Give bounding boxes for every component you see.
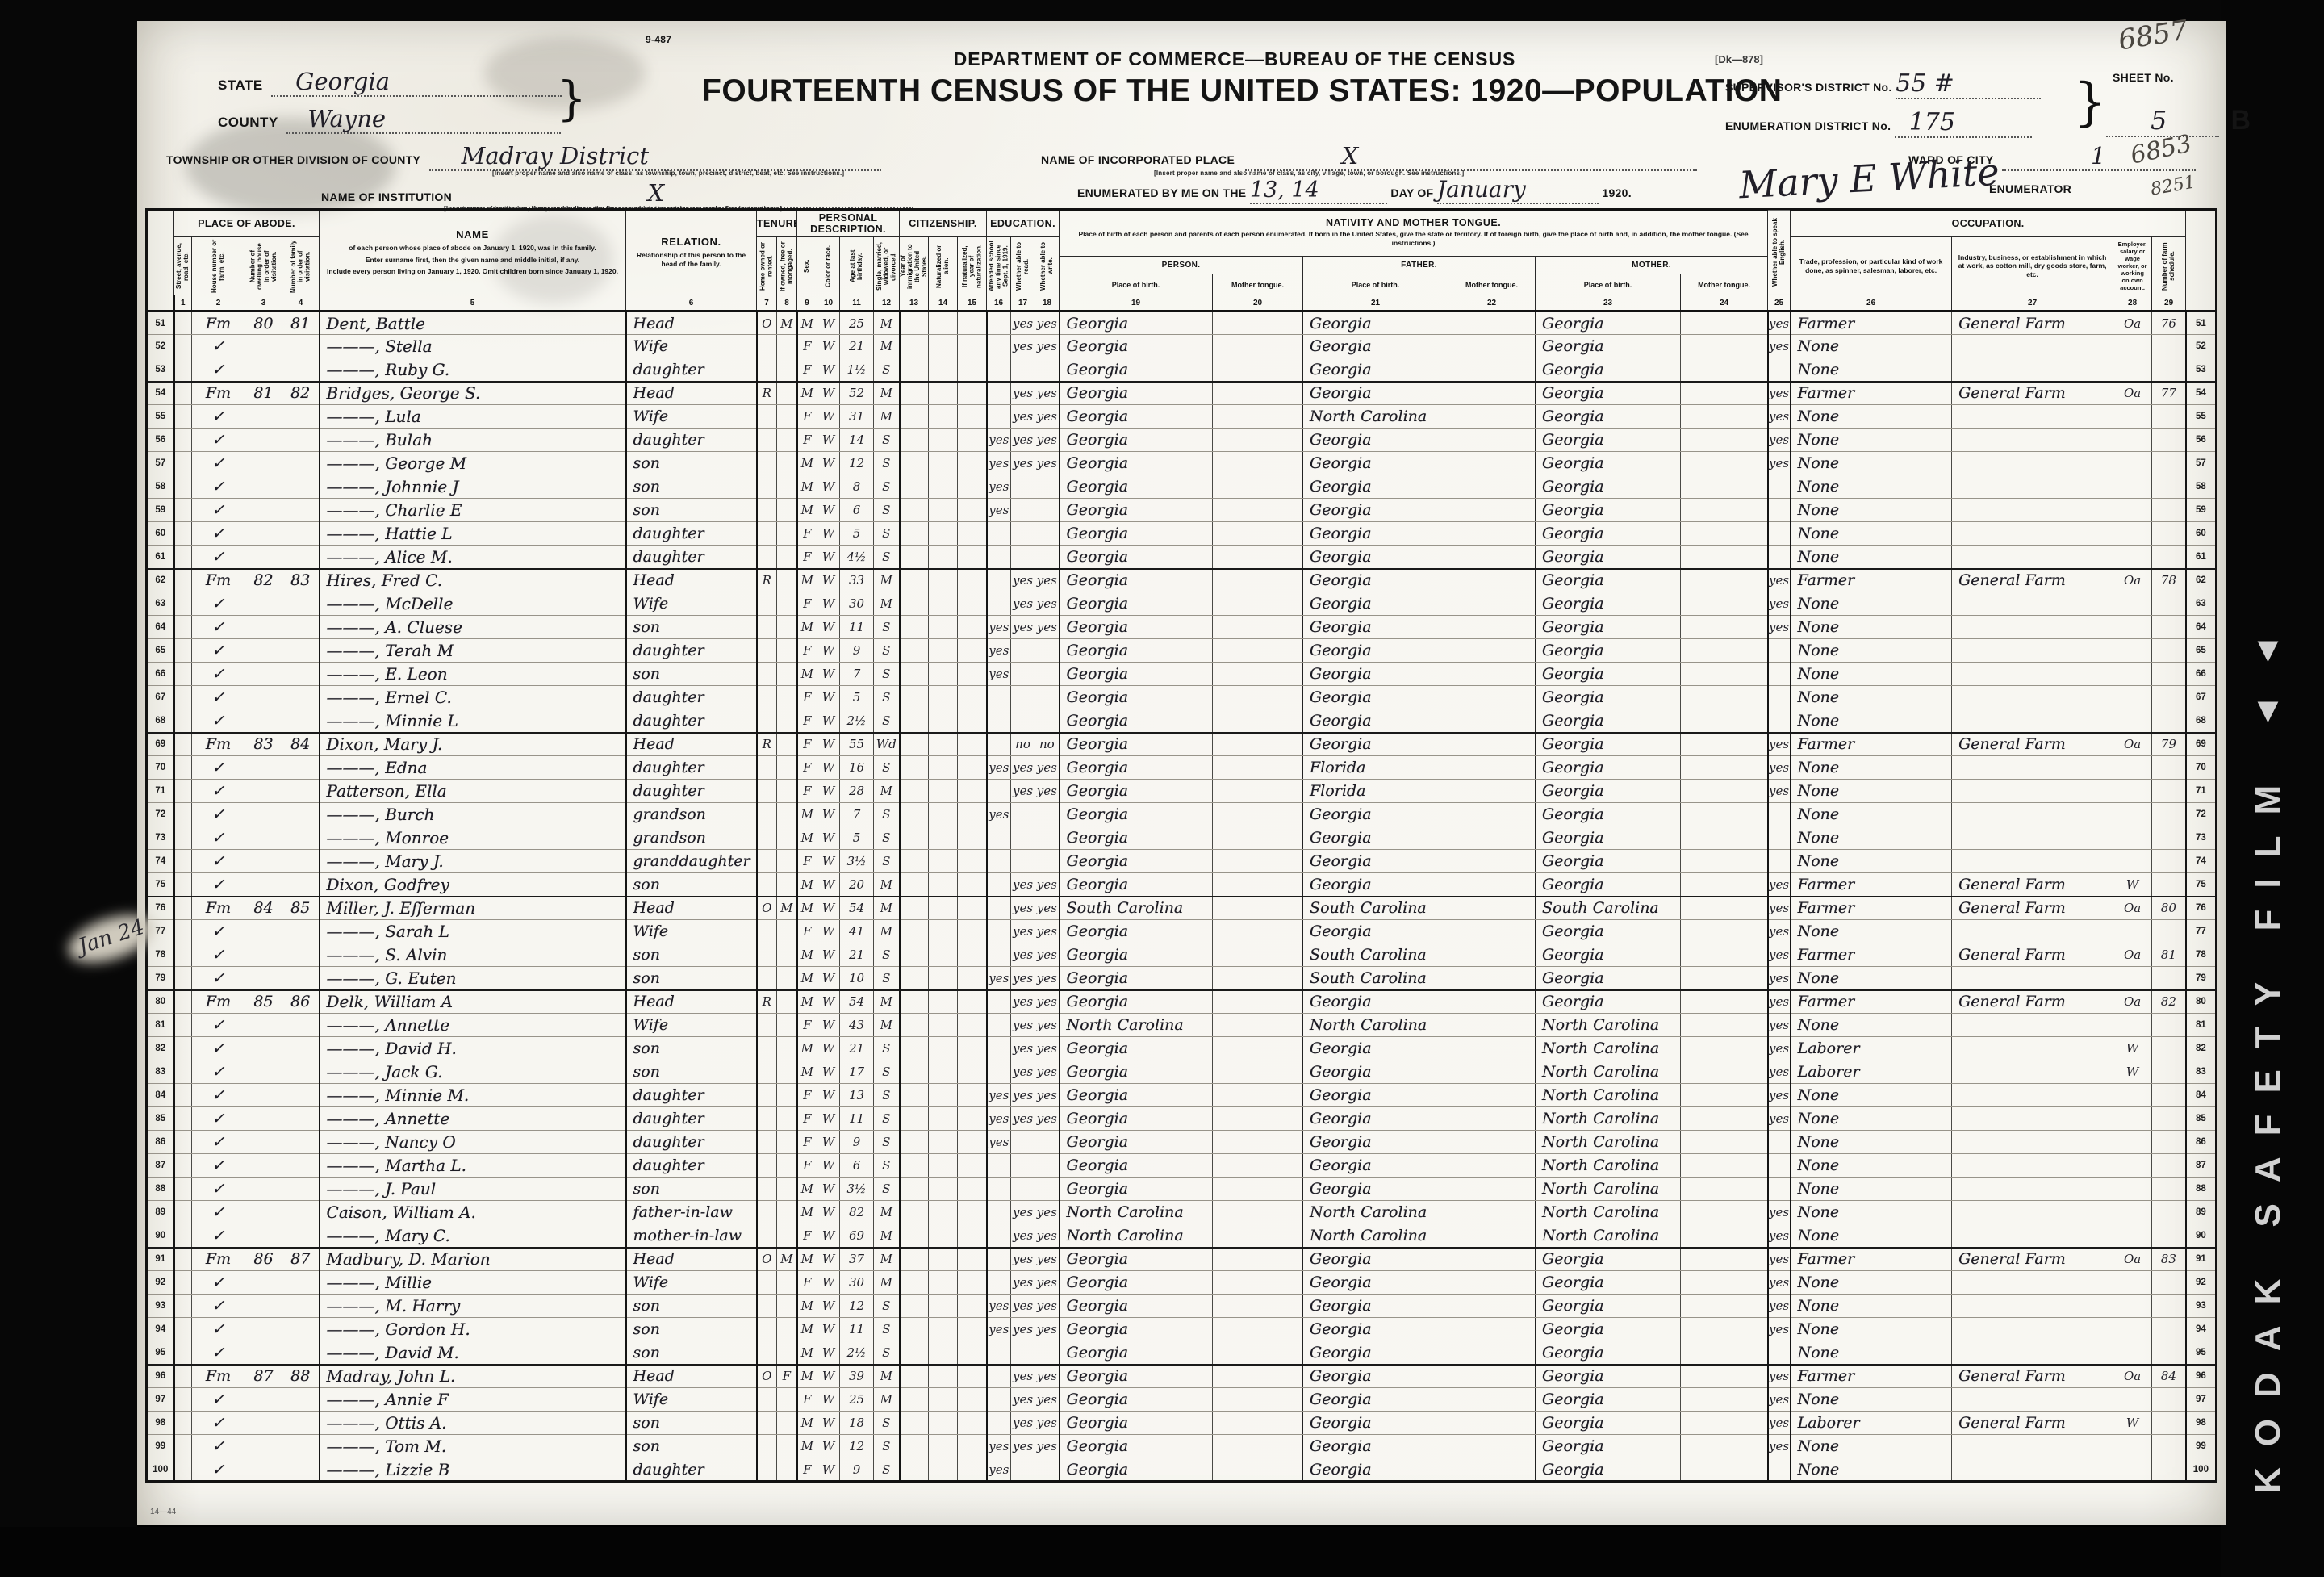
cell: None <box>1791 663 1952 686</box>
cell <box>757 709 777 733</box>
cell: Oa <box>2113 897 2152 920</box>
line-number: 73 <box>2186 826 2217 850</box>
cell: 80 <box>2152 897 2186 920</box>
cell <box>987 990 1011 1014</box>
cell <box>1213 709 1303 733</box>
cell <box>1448 1178 1536 1201</box>
group-citizenship: CITIZENSHIP. <box>900 210 987 237</box>
cell: W <box>817 1154 840 1178</box>
cell: Wife <box>626 405 757 429</box>
line-number: 93 <box>2186 1295 2217 1318</box>
line-number: 86 <box>2186 1131 2217 1154</box>
subgroup-father: FATHER. <box>1303 257 1536 274</box>
cell: F <box>797 1458 817 1482</box>
cell: Georgia <box>1060 1271 1213 1295</box>
cell: 82 <box>245 569 282 592</box>
cell <box>245 522 282 546</box>
cell <box>757 920 777 943</box>
cell <box>958 312 987 335</box>
cell: Georgia <box>1303 1107 1448 1131</box>
cell <box>1011 709 1035 733</box>
cell <box>958 1178 987 1201</box>
cell: S <box>874 663 900 686</box>
cell: S <box>874 1154 900 1178</box>
cell: North Carolina <box>1536 1037 1681 1060</box>
cell <box>1681 1388 1768 1412</box>
cell: Farmer <box>1791 1365 1952 1388</box>
line-number: 63 <box>2186 592 2217 616</box>
cell: Georgia <box>1536 1271 1681 1295</box>
cell <box>174 1154 192 1178</box>
cell: General Farm <box>1952 990 2113 1014</box>
line-number: 92 <box>147 1271 174 1295</box>
table-row: 68✓———, Minnie LdaughterFW2½SGeorgiaGeor… <box>147 709 2217 733</box>
column-age: Age at last birthday. <box>840 237 874 295</box>
cell <box>1681 522 1768 546</box>
cell: W <box>817 1271 840 1295</box>
cell: 37 <box>840 1248 874 1271</box>
cell: Fm <box>192 733 245 756</box>
cell: ✓ <box>192 1295 245 1318</box>
person-mother-tongue-header: Mother tongue. <box>1213 274 1303 295</box>
cell <box>900 733 929 756</box>
line-number: 67 <box>2186 686 2217 709</box>
cell <box>757 1388 777 1412</box>
cell <box>1681 546 1768 569</box>
cell <box>1035 639 1060 663</box>
group-place-of-abode: PLACE OF ABODE. <box>174 210 320 237</box>
cell: M <box>777 312 797 335</box>
line-number: 96 <box>2186 1365 2217 1388</box>
cell: W <box>817 897 840 920</box>
cell <box>1768 709 1791 733</box>
column-sex: Sex. <box>797 237 817 295</box>
cell <box>282 1224 320 1248</box>
cell: 83 <box>245 733 282 756</box>
cell: son <box>626 1178 757 1201</box>
cell <box>2113 1107 2152 1131</box>
cell <box>757 1154 777 1178</box>
cell: yes <box>1011 569 1035 592</box>
cell: 77 <box>2152 382 2186 405</box>
cell <box>777 335 797 358</box>
cell <box>1448 546 1536 569</box>
cell: Georgia <box>1060 873 1213 897</box>
cell: ———, Monroe <box>320 826 626 850</box>
cell <box>1681 1131 1768 1154</box>
nativity-caption: Place of birth of each person and parent… <box>1060 230 1767 247</box>
cell <box>2152 1037 2186 1060</box>
film-edge-print: KODAK SAFETY FILM ▲▲ <box>2248 73 2288 1493</box>
cell: None <box>1791 1178 1952 1201</box>
cell <box>987 1271 1011 1295</box>
cell: yes <box>1035 1224 1060 1248</box>
cell: 78 <box>2152 569 2186 592</box>
cell: None <box>1791 592 1952 616</box>
cell <box>2152 1107 2186 1131</box>
cell: no <box>1011 733 1035 756</box>
cell <box>900 475 929 499</box>
cell <box>1681 756 1768 780</box>
cell <box>245 663 282 686</box>
cell <box>1011 826 1035 850</box>
line-number: 51 <box>2186 312 2217 335</box>
cell: Fm <box>192 1248 245 1271</box>
cell <box>2152 1295 2186 1318</box>
cell <box>987 382 1011 405</box>
cell <box>245 920 282 943</box>
cell <box>2152 1388 2186 1412</box>
cell <box>900 873 929 897</box>
cell: son <box>626 943 757 967</box>
cell <box>174 897 192 920</box>
cell <box>987 405 1011 429</box>
cell: Delk, William A <box>320 990 626 1014</box>
cell: North Carolina <box>1536 1060 1681 1084</box>
cell: 54 <box>840 897 874 920</box>
county-value: Wayne <box>307 105 386 132</box>
cell <box>1681 382 1768 405</box>
cell <box>929 1201 958 1224</box>
table-row: 95✓———, David M.sonMW2½SGeorgiaGeorgiaGe… <box>147 1341 2217 1365</box>
cell <box>174 1435 192 1458</box>
cell: M <box>797 475 817 499</box>
cell: Florida <box>1303 756 1448 780</box>
cell <box>987 312 1011 335</box>
cell: South Carolina <box>1303 967 1448 990</box>
cell: Georgia <box>1536 1435 1681 1458</box>
table-row: 73✓———, MonroegrandsonMW5SGeorgiaGeorgia… <box>147 826 2217 850</box>
cell: yes <box>1768 1224 1791 1248</box>
cell <box>987 546 1011 569</box>
column-number: 20 <box>1213 295 1303 312</box>
cell: M <box>797 1365 817 1388</box>
cell: F <box>797 850 817 873</box>
cell <box>1681 709 1768 733</box>
cell <box>958 499 987 522</box>
cell: ✓ <box>192 499 245 522</box>
column-number: 9 <box>797 295 817 312</box>
cell <box>282 1084 320 1107</box>
cell: 69 <box>840 1224 874 1248</box>
cell: General Farm <box>1952 382 2113 405</box>
cell: 31 <box>840 405 874 429</box>
cell <box>245 546 282 569</box>
cell: 5 <box>840 686 874 709</box>
cell <box>958 1412 987 1435</box>
cell: Georgia <box>1303 1388 1448 1412</box>
cell: daughter <box>626 709 757 733</box>
cell <box>1035 663 1060 686</box>
cell: yes <box>1035 756 1060 780</box>
cell <box>1448 405 1536 429</box>
incorporated-place-value: X <box>1342 142 1359 169</box>
cell: W <box>817 709 840 733</box>
cell <box>777 1037 797 1060</box>
cell <box>900 803 929 826</box>
cell: North Carolina <box>1536 1084 1681 1107</box>
cell: M <box>874 592 900 616</box>
cell <box>2113 358 2152 382</box>
line-number: 74 <box>147 850 174 873</box>
line-number: 71 <box>2186 780 2217 803</box>
cell <box>2113 1131 2152 1154</box>
cell: Wife <box>626 920 757 943</box>
cell <box>777 756 797 780</box>
cell: Georgia <box>1536 312 1681 335</box>
cell <box>282 1458 320 1482</box>
cell: Georgia <box>1303 1295 1448 1318</box>
cell: 4½ <box>840 546 874 569</box>
table-row: 66✓———, E. LeonsonMW7SyesGeorgiaGeorgiaG… <box>147 663 2217 686</box>
line-number: 61 <box>147 546 174 569</box>
cell: yes <box>987 1318 1011 1341</box>
cell <box>900 522 929 546</box>
cell: M <box>797 382 817 405</box>
group-nativity: NATIVITY AND MOTHER TONGUE. Place of bir… <box>1060 210 1768 257</box>
cell: S <box>874 1435 900 1458</box>
cell: O <box>757 1365 777 1388</box>
cell: Georgia <box>1536 756 1681 780</box>
cell <box>900 616 929 639</box>
cell <box>929 335 958 358</box>
cell: Florida <box>1303 780 1448 803</box>
enumerated-mid: DAY OF <box>1390 186 1433 199</box>
cell <box>929 1224 958 1248</box>
cell: S <box>874 943 900 967</box>
cell: Wife <box>626 592 757 616</box>
cell <box>2152 920 2186 943</box>
cell <box>757 405 777 429</box>
cell <box>1213 1435 1303 1458</box>
cell: W <box>817 733 840 756</box>
cell: son <box>626 452 757 475</box>
cell: 13 <box>840 1084 874 1107</box>
county-label: COUNTY <box>218 115 278 130</box>
cell: yes <box>987 756 1011 780</box>
cell <box>1952 1318 2113 1341</box>
cell: Georgia <box>1303 452 1448 475</box>
cell <box>282 663 320 686</box>
cell: Georgia <box>1060 522 1213 546</box>
cell <box>1681 1224 1768 1248</box>
cell: Georgia <box>1060 686 1213 709</box>
cell <box>958 663 987 686</box>
cell <box>245 826 282 850</box>
cell: 21 <box>840 335 874 358</box>
cell <box>245 452 282 475</box>
cell: yes <box>1768 1060 1791 1084</box>
cell <box>2152 1154 2186 1178</box>
subgroup-person: PERSON. <box>1060 257 1303 274</box>
cell <box>929 663 958 686</box>
cell <box>1681 616 1768 639</box>
table-row: 62Fm8283Hires, Fred C.HeadRMW33MyesyesGe… <box>147 569 2217 592</box>
cell <box>929 312 958 335</box>
cell <box>1213 920 1303 943</box>
cell: Dent, Battle <box>320 312 626 335</box>
cell: daughter <box>626 1131 757 1154</box>
cell: Farmer <box>1791 1248 1952 1271</box>
cell: Georgia <box>1060 499 1213 522</box>
cell <box>757 639 777 663</box>
cell: ✓ <box>192 1154 245 1178</box>
cell: yes <box>1035 569 1060 592</box>
line-number: 60 <box>147 522 174 546</box>
cell: North Carolina <box>1303 1014 1448 1037</box>
cell: yes <box>1035 943 1060 967</box>
cell: Oa <box>2113 312 2152 335</box>
cell <box>777 592 797 616</box>
cell <box>987 780 1011 803</box>
cell: yes <box>1011 990 1035 1014</box>
cell <box>174 616 192 639</box>
cell: W <box>817 1131 840 1154</box>
cell <box>1681 897 1768 920</box>
cell: ✓ <box>192 826 245 850</box>
column-number: 12 <box>874 295 900 312</box>
cell <box>900 1271 929 1295</box>
line-number: 67 <box>147 686 174 709</box>
cell: 11 <box>840 1318 874 1341</box>
cell: Georgia <box>1060 616 1213 639</box>
line-number: 59 <box>2186 499 2217 522</box>
cell <box>1448 733 1536 756</box>
cell: M <box>797 1341 817 1365</box>
cell: M <box>874 1224 900 1248</box>
cell: South Carolina <box>1303 943 1448 967</box>
cell <box>958 639 987 663</box>
cell: None <box>1791 850 1952 873</box>
line-number: 85 <box>147 1107 174 1131</box>
cell: F <box>797 686 817 709</box>
cell <box>1681 803 1768 826</box>
cell: Georgia <box>1303 522 1448 546</box>
cell <box>174 920 192 943</box>
cell: None <box>1791 522 1952 546</box>
cell <box>1448 1084 1536 1107</box>
cell: Georgia <box>1536 1388 1681 1412</box>
cell <box>1681 733 1768 756</box>
cell: ✓ <box>192 1131 245 1154</box>
cell <box>1681 686 1768 709</box>
cell <box>777 1107 797 1131</box>
scribble-low: 8251 <box>2149 172 2197 199</box>
cell: no <box>1035 733 1060 756</box>
cell: Georgia <box>1303 382 1448 405</box>
cell: ✓ <box>192 405 245 429</box>
table-row: 55✓———, LulaWifeFW31MyesyesGeorgiaNorth … <box>147 405 2217 429</box>
cell: None <box>1791 967 1952 990</box>
cell: South Carolina <box>1303 897 1448 920</box>
cell <box>1681 499 1768 522</box>
cell <box>987 920 1011 943</box>
cell <box>1448 1131 1536 1154</box>
cell: M <box>874 990 900 1014</box>
table-row: 71✓Patterson, ElladaughterFW28MyesyesGeo… <box>147 780 2217 803</box>
cell <box>1213 522 1303 546</box>
cell <box>1011 1458 1035 1482</box>
cell <box>1213 452 1303 475</box>
cell <box>987 1365 1011 1388</box>
column-number: 5 <box>320 295 626 312</box>
cell <box>777 920 797 943</box>
cell: Caison, William A. <box>320 1201 626 1224</box>
column-number: 7 <box>757 295 777 312</box>
cell <box>1035 475 1060 499</box>
line-number: 66 <box>2186 663 2217 686</box>
cell: M <box>797 1060 817 1084</box>
cell: F <box>797 546 817 569</box>
cell <box>1448 803 1536 826</box>
cell: Georgia <box>1303 592 1448 616</box>
cell: ✓ <box>192 756 245 780</box>
cell <box>282 850 320 873</box>
cell <box>1448 1435 1536 1458</box>
table-row: 90✓———, Mary C.mother-in-lawFW69MyesyesN… <box>147 1224 2217 1248</box>
cell <box>174 733 192 756</box>
film-border-right: KODAK SAFETY FILM ▲▲ <box>2221 0 2324 1577</box>
cell: ✓ <box>192 1037 245 1060</box>
cell <box>1448 850 1536 873</box>
line-number: 57 <box>147 452 174 475</box>
cell: W <box>817 335 840 358</box>
cell <box>1768 1131 1791 1154</box>
cell <box>777 1154 797 1178</box>
cell <box>2152 592 2186 616</box>
cell <box>1011 663 1035 686</box>
cell <box>900 592 929 616</box>
name-caption-3: Include every person living on January 1… <box>320 267 625 276</box>
cell: yes <box>1011 1435 1035 1458</box>
cell: yes <box>1768 873 1791 897</box>
cell: Wife <box>626 335 757 358</box>
cell: ✓ <box>192 1201 245 1224</box>
cell: yes <box>1768 1318 1791 1341</box>
table-header: PLACE OF ABODE. NAME of each person whos… <box>147 210 2217 312</box>
cell: yes <box>1768 967 1791 990</box>
cell: 1½ <box>840 358 874 382</box>
cell <box>282 826 320 850</box>
township-value: Madray District <box>462 142 649 169</box>
line-number: 62 <box>2186 569 2217 592</box>
cell <box>1681 967 1768 990</box>
cell: yes <box>1011 1014 1035 1037</box>
cell <box>929 826 958 850</box>
cell: W <box>817 780 840 803</box>
cell <box>174 569 192 592</box>
column-able-to-write: Whether able to write. <box>1035 237 1060 295</box>
cell: Georgia <box>1303 1084 1448 1107</box>
table-row: 94✓———, Gordon H.sonMW11SyesyesyesGeorgi… <box>147 1318 2217 1341</box>
cell: yes <box>1768 429 1791 452</box>
cell: Georgia <box>1060 382 1213 405</box>
cell: yes <box>1035 1365 1060 1388</box>
cell: Georgia <box>1060 663 1213 686</box>
cell <box>929 1412 958 1435</box>
cell: Georgia <box>1303 873 1448 897</box>
census-sheet: 9-487 DEPARTMENT OF COMMERCE—BUREAU OF T… <box>137 21 2226 1525</box>
cell <box>2152 967 2186 990</box>
column-number: 24 <box>1681 295 1768 312</box>
cell <box>987 522 1011 546</box>
cell <box>1011 1341 1035 1365</box>
cell: yes <box>1035 1014 1060 1037</box>
cell <box>777 382 797 405</box>
cell: 83 <box>2152 1248 2186 1271</box>
cell: None <box>1791 1107 1952 1131</box>
cell: W <box>817 1201 840 1224</box>
